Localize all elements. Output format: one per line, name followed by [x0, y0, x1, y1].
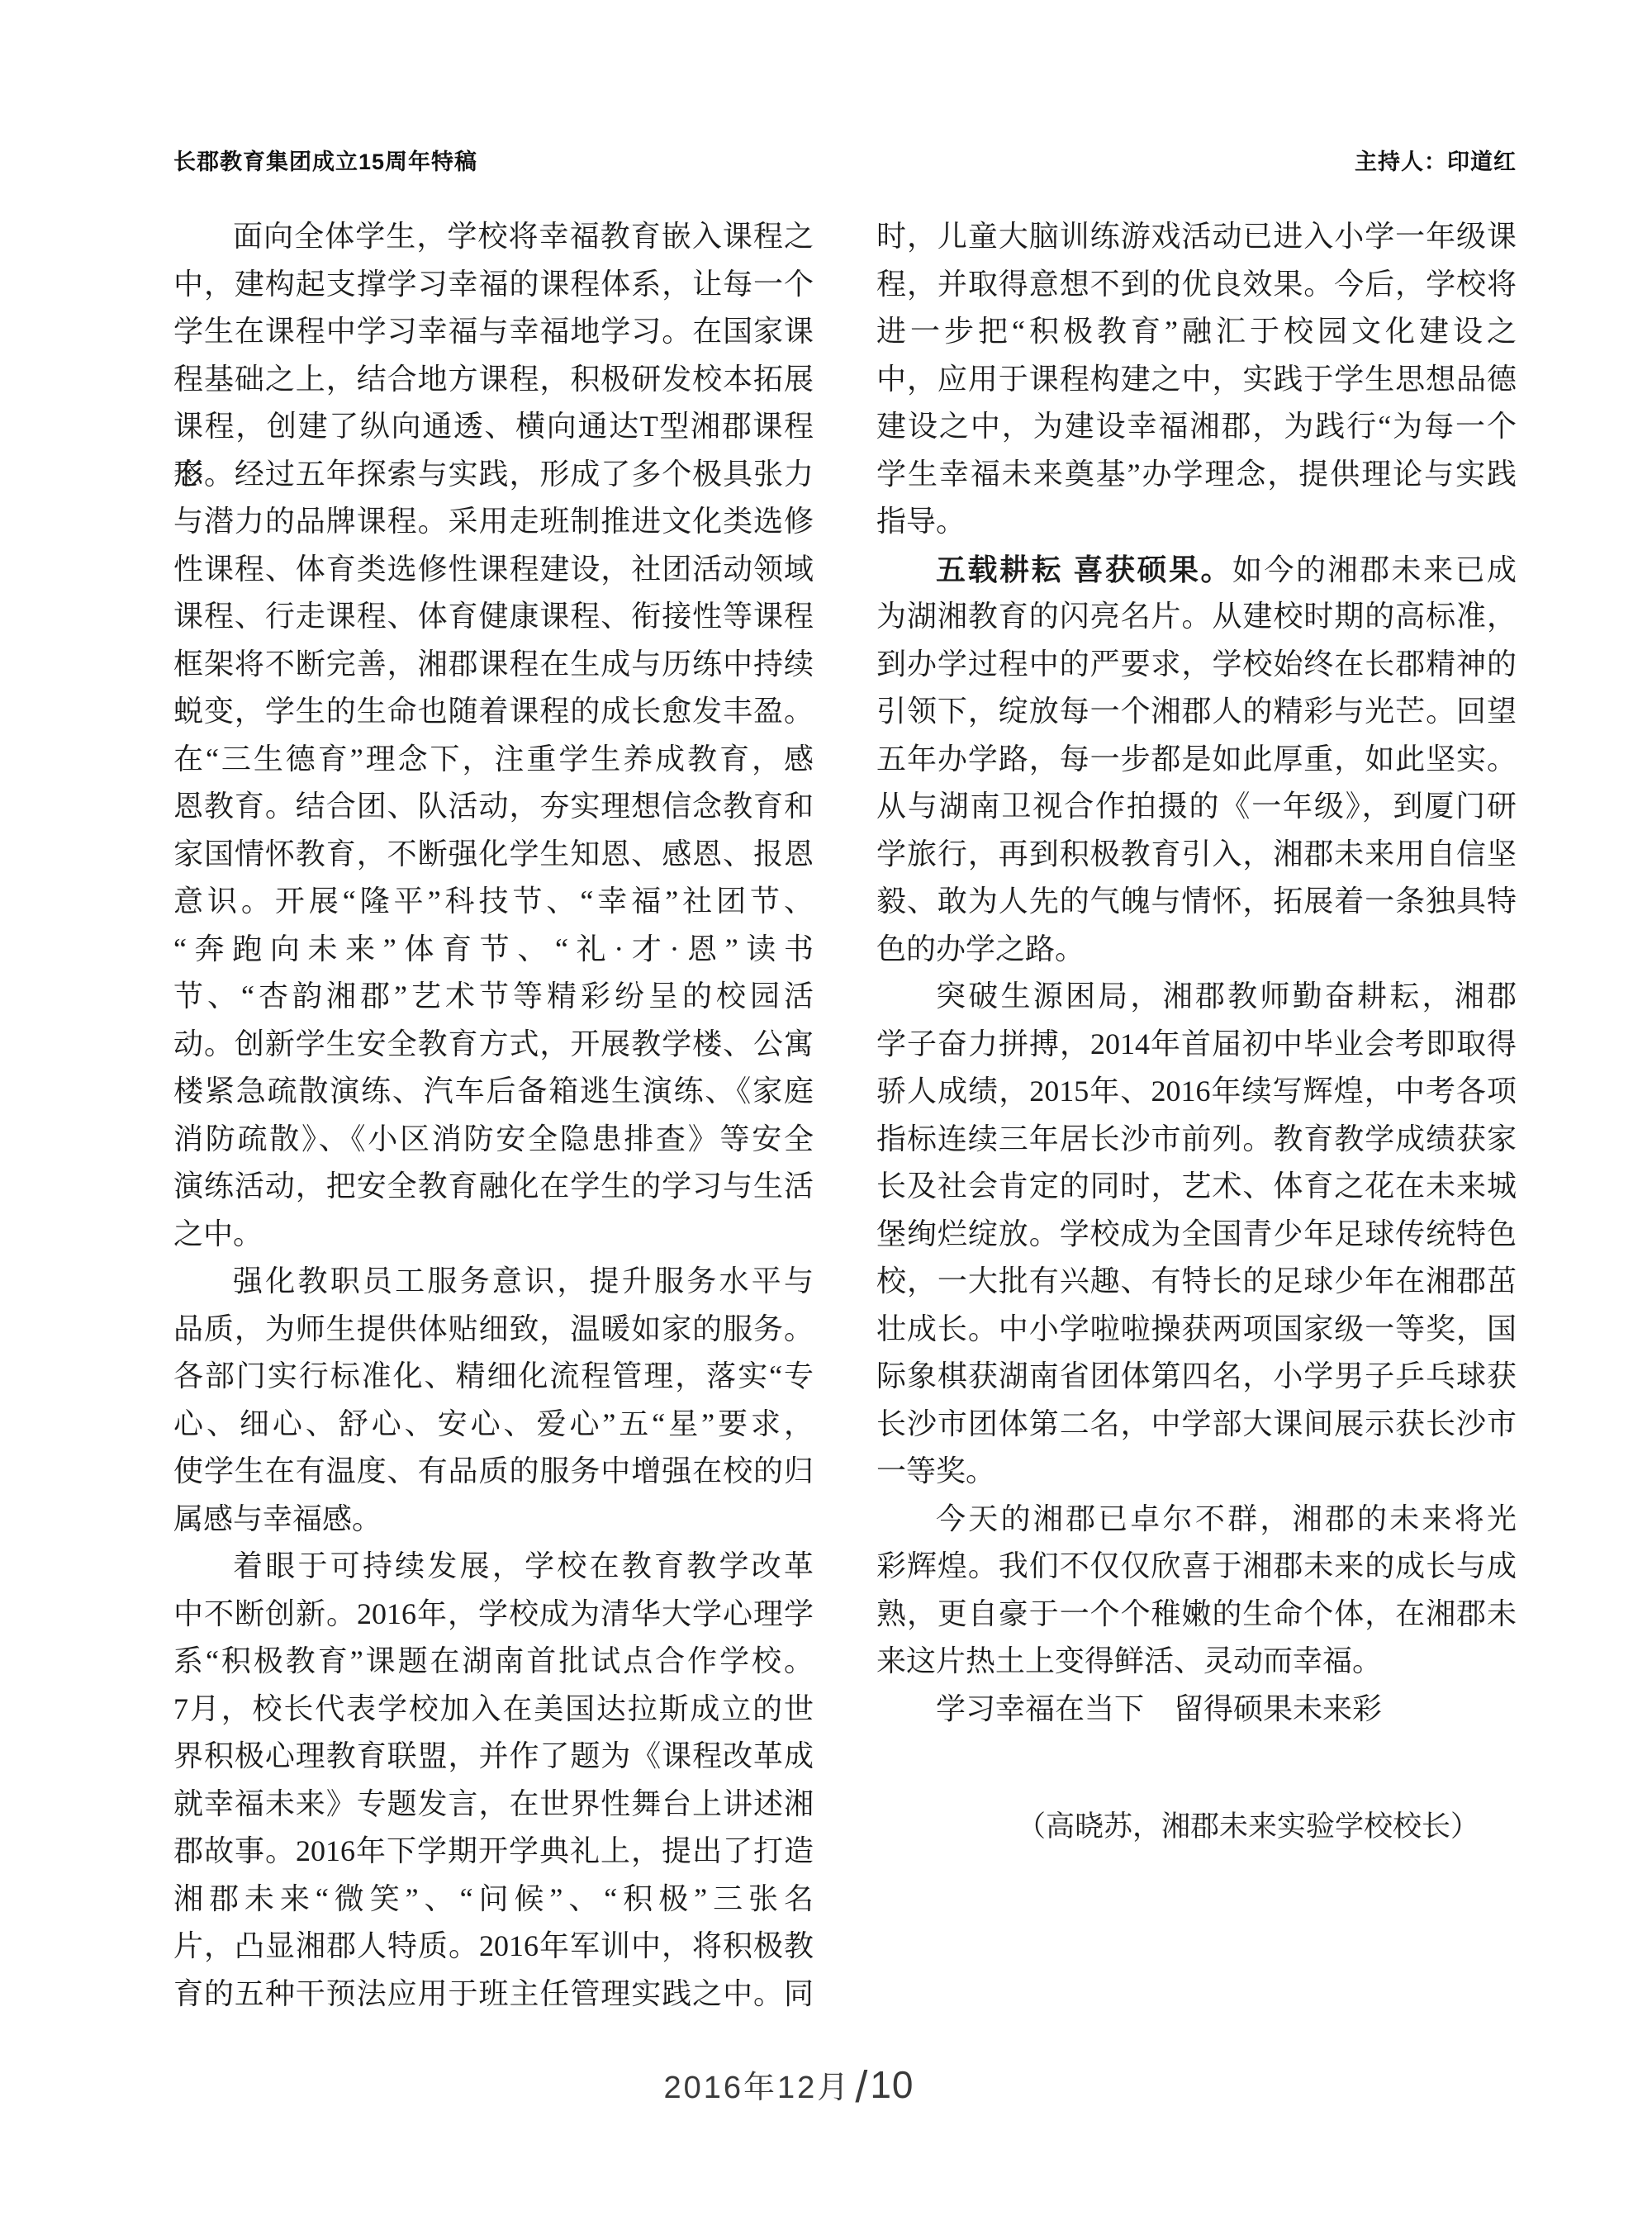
text-line: 性课程、体育类选修性课程建设，社团活动领域 [173, 546, 814, 594]
text-line: “奔跑向未来”体育节、“礼·才·恩”读书 [173, 926, 814, 974]
text-line: 界积极心理教育联盟，并作了题为《课程改革成 [173, 1733, 814, 1781]
text-line: 之中。 [173, 1211, 814, 1259]
footer-slash: / [855, 2062, 867, 2112]
text-line: 学旅行，再到积极教育引入，湘郡未来用自信坚 [876, 831, 1517, 879]
paragraph: 五载耕耘 喜获硕果。如今的湘郡未来已成为湖湘教育的闪亮名片。从建校时期的高标准，… [876, 546, 1517, 974]
text-line: 楼紧急疏散演练、汽车后备箱逃生演练、《家庭 [173, 1068, 814, 1116]
paragraph: 突破生源困局，湘郡教师勤奋耕耘，湘郡学子奋力拼搏，2014年首届初中毕业会考即取… [876, 973, 1517, 1496]
text-line: 引领下，绽放每一个湘郡人的精彩与光芒。回望 [876, 688, 1517, 736]
text-line: 动。创新学生安全教育方式，开展教学楼、公寓 [173, 1021, 814, 1069]
text-line: 突破生源困局，湘郡教师勤奋耕耘，湘郡 [876, 973, 1517, 1021]
text-line: 今天的湘郡已卓尔不群，湘郡的未来将光 [876, 1496, 1517, 1544]
text-line: 态。经过五年探索与实践，形成了多个极具张力 [173, 451, 814, 499]
header-feature-title: 长郡教育集团成立15周年特稿 [173, 149, 477, 175]
text-line: 心、细心、舒心、安心、爱心”五“星”要求， [173, 1401, 814, 1449]
text-line: 强化教职员工服务意识，提升服务水平与 [173, 1258, 814, 1306]
article-body: 面向全体学生，学校将幸福教育嵌入课程之中，建构起支撑学习幸福的课程体系，让每一个… [173, 213, 1517, 2018]
text-line: 际象棋获湖南省团体第四名，小学男子乒乓球获 [876, 1353, 1517, 1401]
text-line: 品质，为师生提供体贴细致，温暖如家的服务。 [173, 1306, 814, 1354]
text-line: 与潜力的品牌课程。采用走班制推进文化类选修 [173, 498, 814, 546]
text-line: 校，一大批有兴趣、有特长的足球少年在湘郡茁 [876, 1258, 1517, 1306]
text-line: 建设之中，为建设幸福湘郡，为践行“为每一个 [876, 403, 1517, 451]
text-line: 学生在课程中学习幸福与幸福地学习。在国家课 [173, 308, 814, 356]
byline: （高晓苏，湘郡未来实验学校校长） [876, 1803, 1479, 1851]
text-line: 来这片热土上变得鲜活、灵动而幸福。 [876, 1638, 1517, 1686]
text-line: 面向全体学生，学校将幸福教育嵌入课程之 [173, 213, 814, 261]
text-line: 蜕变，学生的生命也随着课程的成长愈发丰盈。 [173, 688, 814, 736]
text-line: 片，凸显湘郡人特质。2016年军训中，将积极教 [173, 1923, 814, 1971]
text-line: 壮成长。中小学啦啦操获两项国家级一等奖，国 [876, 1306, 1517, 1354]
text-line: 着眼于可持续发展，学校在教育教学改革 [173, 1543, 814, 1591]
text-line: 中不断创新。2016年，学校成为清华大学心理学 [173, 1591, 814, 1639]
paragraph: 时，儿童大脑训练游戏活动已进入小学一年级课程，并取得意想不到的优良效果。今后，学… [876, 213, 1517, 546]
text-line: 在“三生德育”理念下，注重学生养成教育，感 [173, 736, 814, 784]
text-line: 育的五种干预法应用于班主任管理实践之中。同 [173, 1971, 814, 2019]
text-line: 消防疏散》、《小区消防安全隐患排查》等安全 [173, 1116, 814, 1164]
text-line: 指导。 [876, 498, 1517, 546]
text-line: 郡故事。2016年下学期开学典礼上，提出了打造 [173, 1828, 814, 1876]
text-line: 时，儿童大脑训练游戏活动已进入小学一年级课 [876, 213, 1517, 261]
text-line: 就幸福未来》专题发言，在世界性舞台上讲述湘 [173, 1781, 814, 1829]
text-line: 五载耕耘 喜获硕果。如今的湘郡未来已成 [876, 546, 1517, 594]
paragraph: 强化教职员工服务意识，提升服务水平与品质，为师生提供体贴细致，温暖如家的服务。各… [173, 1258, 814, 1543]
paragraph: 面向全体学生，学校将幸福教育嵌入课程之中，建构起支撑学习幸福的课程体系，让每一个… [173, 213, 814, 1258]
text-line: 进一步把“积极教育”融汇于校园文化建设之 [876, 308, 1517, 356]
text-line: 长沙市团体第二名，中学部大课间展示获长沙市 [876, 1401, 1517, 1449]
text-line: 为湖湘教育的闪亮名片。从建校时期的高标准， [876, 593, 1517, 641]
text-line: 课程、行走课程、体育健康课程、衔接性等课程 [173, 593, 814, 641]
text-line: 恩教育。结合团、队活动，夯实理想信念教育和 [173, 783, 814, 831]
page-footer: 2016年12月/10 [0, 2063, 1578, 2109]
footer-date: 2016年12月 [664, 2071, 852, 2105]
text-line: 意识。开展“隆平”科技节、“幸福”社团节、 [173, 878, 814, 926]
text-line: 从与湖南卫视合作拍摄的《一年级》，到厦门研 [876, 783, 1517, 831]
text-line: 骄人成绩，2015年、2016年续写辉煌，中考各项 [876, 1068, 1517, 1116]
footer-page-number: 10 [870, 2063, 914, 2106]
text-line: 演练活动，把安全教育融化在学生的学习与生活 [173, 1163, 814, 1211]
paragraph-lead-bold: 五载耕耘 喜获硕果。 [936, 553, 1232, 586]
column-left: 面向全体学生，学校将幸福教育嵌入课程之中，建构起支撑学习幸福的课程体系，让每一个… [173, 213, 814, 2018]
text-line: 程基础之上，结合地方课程，积极研发校本拓展 [173, 356, 814, 404]
text-line: 节、“杏韵湘郡”艺术节等精彩纷呈的校园活 [173, 973, 814, 1021]
text-line: 中，建构起支撑学习幸福的课程体系，让每一个 [173, 261, 814, 309]
text-line: 程，并取得意想不到的优良效果。今后，学校将 [876, 261, 1517, 309]
text-line: 家国情怀教育，不断强化学生知恩、感恩、报恩 [173, 831, 814, 879]
text-line: 学子奋力拼搏，2014年首届初中毕业会考即取得 [876, 1021, 1517, 1069]
text-line: 属感与幸福感。 [173, 1496, 814, 1544]
text-line: 到办学过程中的严要求，学校始终在长郡精神的 [876, 641, 1517, 689]
paragraph: 学习幸福在当下 留得硕果未来彩 [876, 1686, 1517, 1734]
paragraph: 着眼于可持续发展，学校在教育教学改革中不断创新。2016年，学校成为清华大学心理… [173, 1543, 814, 2018]
header-host-credit: 主持人：印道红 [1355, 149, 1517, 175]
text-line: 学生幸福未来奠基”办学理念，提供理论与实践 [876, 451, 1517, 499]
text-line: 课程，创建了纵向通透、横向通达T型湘郡课程形 [173, 403, 814, 451]
text-line: 一等奖。 [876, 1448, 1517, 1496]
text-line: 框架将不断完善，湘郡课程在生成与历练中持续 [173, 641, 814, 689]
paragraph: 今天的湘郡已卓尔不群，湘郡的未来将光彩辉煌。我们不仅仅欣喜于湘郡未来的成长与成熟… [876, 1496, 1517, 1686]
text-line: 色的办学之路。 [876, 926, 1517, 974]
text-line: 系“积极教育”课题在湖南首批试点合作学校。 [173, 1638, 814, 1686]
text-line: 学习幸福在当下 留得硕果未来彩 [876, 1686, 1517, 1734]
text-line: 各部门实行标准化、精细化流程管理，落实“专 [173, 1353, 814, 1401]
text-line: 毅、敢为人先的气魄与情怀，拓展着一条独具特 [876, 878, 1517, 926]
text-line: 长及社会肯定的同时，艺术、体育之花在未来城 [876, 1163, 1517, 1211]
text-line: 指标连续三年居长沙市前列。教育教学成绩获家 [876, 1116, 1517, 1164]
text-line: 7月，校长代表学校加入在美国达拉斯成立的世 [173, 1686, 814, 1734]
text-line: 湘郡未来“微笑”、“问候”、“积极”三张名 [173, 1876, 814, 1924]
text-line: 中，应用于课程构建之中，实践于学生思想品德 [876, 356, 1517, 404]
text-line: 熟，更自豪于一个个稚嫩的生命个体，在湘郡未 [876, 1591, 1517, 1639]
page-header: 长郡教育集团成立15周年特稿 主持人：印道红 [173, 149, 1517, 175]
text-line: 使学生在有温度、有品质的服务中增强在校的归 [173, 1448, 814, 1496]
text-line: 彩辉煌。我们不仅仅欣喜于湘郡未来的成长与成 [876, 1543, 1517, 1591]
column-right: 时，儿童大脑训练游戏活动已进入小学一年级课程，并取得意想不到的优良效果。今后，学… [876, 213, 1517, 2018]
text-line: 堡绚烂绽放。学校成为全国青少年足球传统特色 [876, 1211, 1517, 1259]
text-line: 五年办学路，每一步都是如此厚重，如此坚实。 [876, 736, 1517, 784]
